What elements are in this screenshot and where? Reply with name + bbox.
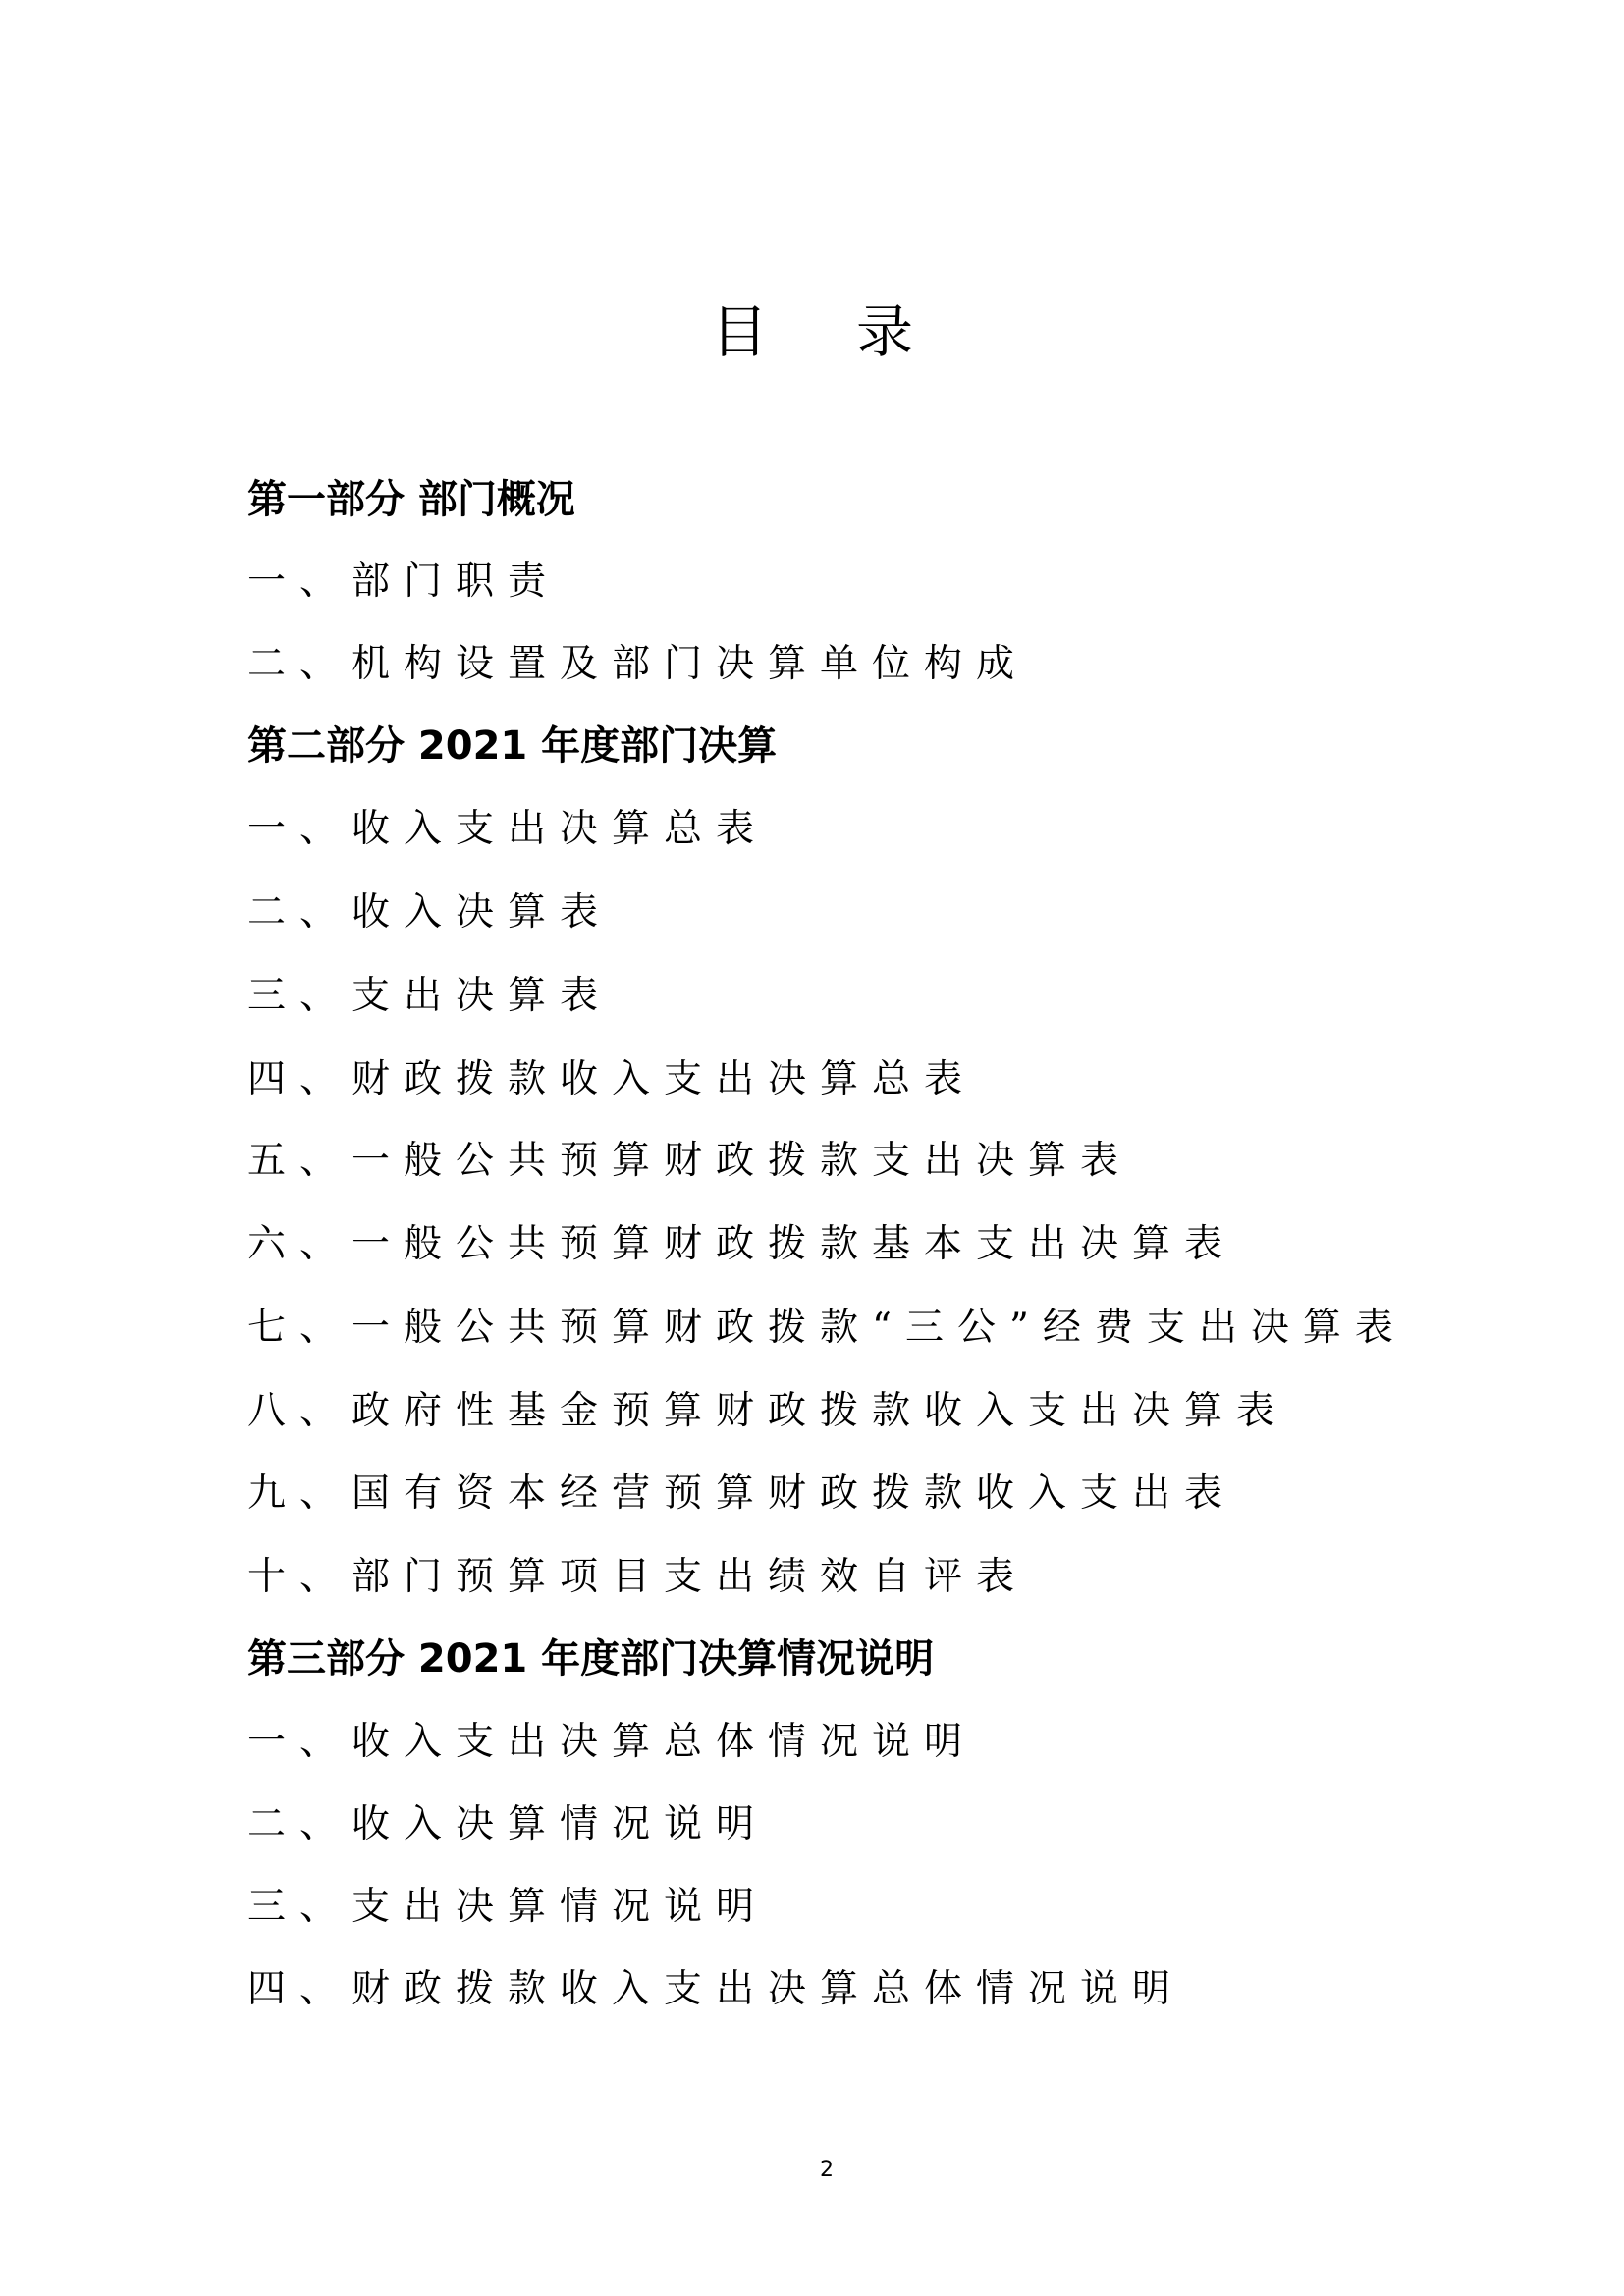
toc-item-performance-self-evaluation[interactable]: 十、部门预算项目支出绩效自评表 — [247, 1548, 1028, 1607]
toc-item-income-expenditure-summary[interactable]: 一、收入支出决算总表 — [247, 800, 768, 859]
toc-part-2-heading[interactable]: 第二部分 2021 年度部门决算 — [247, 717, 777, 775]
toc-item-government-fund-budget[interactable]: 八、政府性基金预算财政拨款收入支出决算表 — [247, 1382, 1288, 1441]
toc-title-char-2: 录 — [856, 293, 913, 371]
toc-item-fiscal-appropriation-explanation[interactable]: 四、财政拨款收入支出决算总体情况说明 — [247, 1960, 1184, 2019]
toc-item-expenditure-table[interactable]: 三、支出决算表 — [247, 967, 612, 1026]
toc-title-char-1: 目 — [711, 293, 768, 371]
toc-item-organization-structure[interactable]: 二、机构设置及部门决算单位构成 — [247, 635, 1028, 694]
toc-item-expenditure-explanation[interactable]: 三、支出决算情况说明 — [247, 1878, 768, 1937]
toc-item-income-explanation[interactable]: 二、收入决算情况说明 — [247, 1795, 768, 1854]
toc-item-income-table[interactable]: 二、收入决算表 — [247, 883, 612, 942]
page-number: 2 — [0, 2156, 1624, 2185]
toc-item-overall-explanation[interactable]: 一、收入支出决算总体情况说明 — [247, 1713, 976, 1772]
toc-item-state-capital-budget[interactable]: 九、国有资本经营预算财政拨款收入支出表 — [247, 1465, 1236, 1523]
document-page: 目录 第一部分 部门概况 一、部门职责 二、机构设置及部门决算单位构成 第二部分… — [0, 0, 1624, 2296]
toc-part-1-heading[interactable]: 第一部分 部门概况 — [247, 470, 575, 529]
toc-item-fiscal-appropriation-summary[interactable]: 四、财政拨款收入支出决算总表 — [247, 1050, 976, 1109]
toc-part-3-heading[interactable]: 第三部分 2021 年度部门决算情况说明 — [247, 1629, 934, 1688]
toc-title: 目录 — [0, 293, 1624, 371]
toc-item-department-duties[interactable]: 一、部门职责 — [247, 553, 560, 612]
toc-item-general-budget-basic-expenditure[interactable]: 六、一般公共预算财政拨款基本支出决算表 — [247, 1215, 1236, 1274]
toc-item-general-budget-expenditure[interactable]: 五、一般公共预算财政拨款支出决算表 — [247, 1132, 1132, 1191]
toc-item-three-public-expenses[interactable]: 七、一般公共预算财政拨款“三公”经费支出决算表 — [247, 1299, 1407, 1358]
